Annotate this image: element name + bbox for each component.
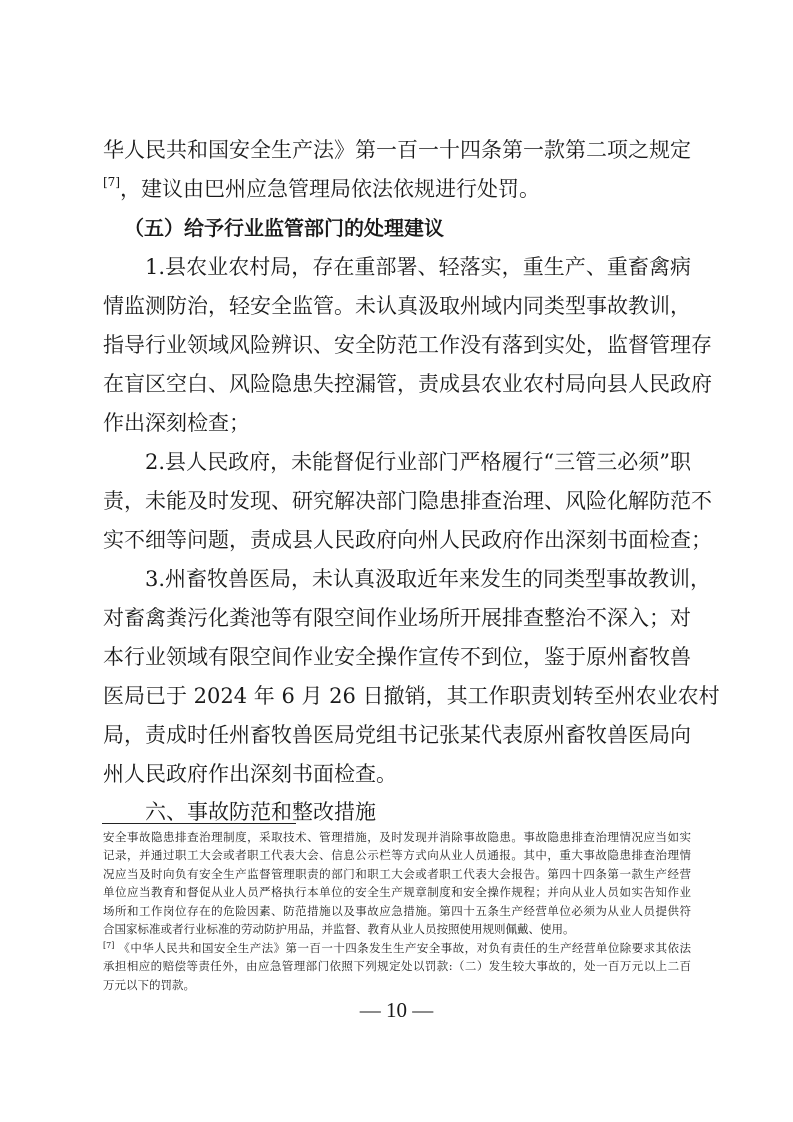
- document-page: 华人民共和国安全生产法》第一百一十四条第一款第二项之规定 [7]，建议由巴州应急…: [0, 0, 793, 1122]
- footnote-line: 记录，并通过职工大会或者职工代表大会、信息公示栏等方式向从业人员通报。其中，重大…: [103, 848, 691, 862]
- footnote-line: 况应当及时向负有安全生产监督管理职责的部门和职工大会或者职工代表大会报告。第四十…: [103, 867, 691, 881]
- footnote-line: 安全事故隐患排查治理制度，采取技术、管理措施，及时发现并消除事故隐患。事故隐患排…: [103, 830, 691, 844]
- item1-line: 1.县农业农村局，存在重部署、轻落实，重生产、重畜禽病: [145, 253, 691, 281]
- item1-line: 情监测防治，轻安全监管。未认真汲取州域内同类型事故教训，: [103, 292, 691, 320]
- footnote-ref-7[interactable]: [7]: [103, 175, 120, 189]
- item3-line: 局，责成时任州畜牧兽医局党组书记张某代表原州畜牧兽医局向: [103, 721, 691, 749]
- item2-line: 责，未能及时发现、研究解决部门隐患排查治理、风险化解防范不: [103, 487, 691, 515]
- section-heading-6: 六、事故防范和整改措施: [145, 798, 376, 826]
- footnote-7-line: 万元以下的罚款。: [103, 978, 691, 992]
- item3-line: 对畜禽粪污化粪池等有限空间作业场所开展排查整治不深入；对: [103, 604, 691, 632]
- page-number: — 10 —: [0, 998, 793, 1022]
- body-line: 华人民共和国安全生产法》第一百一十四条第一款第二项之规定: [103, 136, 691, 164]
- item2-line: 实不细等问题，责成县人民政府向州人民政府作出深刻书面检查；: [103, 526, 691, 554]
- body-line: [7]，建议由巴州应急管理局依法依规进行处罚。: [103, 175, 691, 203]
- item1-line: 作出深刻检查；: [103, 409, 691, 437]
- footnote-line: 单位应当教育和督促从业人员严格执行本单位的安全生产规章制度和安全操作规程；并向从…: [103, 885, 691, 899]
- footnote-7-line: 承担相应的赔偿等责任外，由应急管理部门依照下列规定处以罚款:（二）发生较大事故的…: [103, 959, 691, 973]
- item3-line: 医局已于 2024 年 6 月 26 日撤销，其工作职责划转至州农业农村: [103, 682, 691, 710]
- section-heading-5: （五）给予行业监管部门的处理建议: [124, 214, 444, 242]
- item1-line: 指导行业领域风险辨识、安全防范工作没有落到实处，监督管理存: [103, 331, 691, 359]
- footnote-7-line: [7] 《中华人民共和国安全生产法》第一百一十四条发生生产安全事故，对负有责任的…: [103, 941, 691, 955]
- item2-line: 2.县人民政府，未能督促行业部门严格履行“三管三必须”职: [145, 448, 691, 476]
- item3-line: 3.州畜牧兽医局，未认真汲取近年来发生的同类型事故教训，: [145, 565, 691, 593]
- footnote-line: 合国家标准或者行业标准的劳动防护用品，并监督、教育从业人员按照使用规则佩戴、使用…: [103, 922, 691, 936]
- item3-line: 本行业领域有限空间作业安全操作宣传不到位，鉴于原州畜牧兽: [103, 643, 691, 671]
- footnote-marker-7: [7]: [103, 941, 114, 950]
- footnote-separator: [102, 823, 296, 824]
- item3-line: 州人民政府作出深刻书面检查。: [103, 760, 691, 788]
- footnote-line: 场所和工作岗位存在的危险因素、防范措施以及事故应急措施。第四十五条生产经营单位必…: [103, 904, 691, 918]
- item1-line: 在盲区空白、风险隐患失控漏管，责成县农业农村局向县人民政府: [103, 370, 691, 398]
